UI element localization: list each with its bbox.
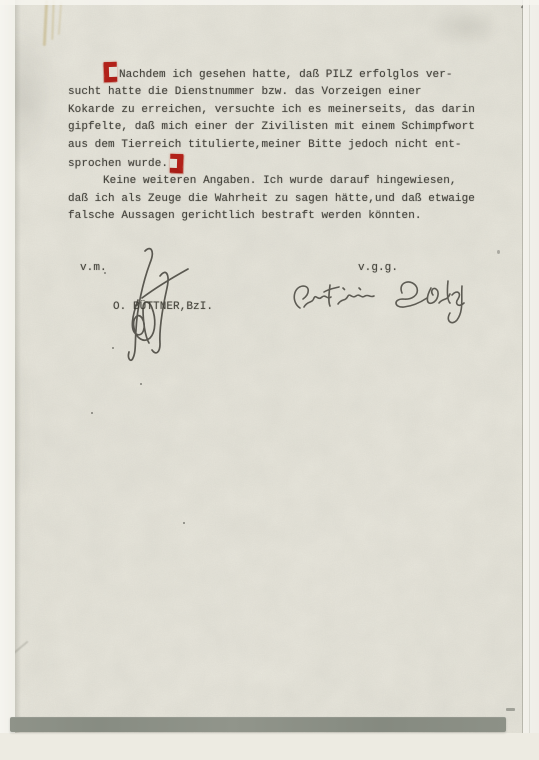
- scanned-document-page: Nachdem ich gesehen hatte, daß PILZ erfo…: [0, 0, 539, 760]
- page-crease: [529, 0, 530, 760]
- typed-line-last: sprochen wurde.: [68, 154, 488, 173]
- page-edge-top: [0, 0, 539, 5]
- signature-left-scribble: [112, 242, 207, 367]
- paper-speck: [497, 250, 500, 254]
- paper-speck: [140, 383, 142, 385]
- paragraph: Nachdem ich gesehen hatte, daß PILZ erfo…: [68, 62, 488, 173]
- vgg-label: v.g.g.: [358, 262, 398, 274]
- yellow-streak: [58, 2, 62, 35]
- typed-text-block: Nachdem ich gesehen hatte, daß PILZ erfo…: [68, 62, 488, 226]
- typed-line-first: Nachdem ich gesehen hatte, daß PILZ erfo…: [68, 62, 488, 84]
- vm-label: v.m.: [80, 262, 107, 274]
- backing-below-bar: [0, 733, 539, 760]
- typed-line: Kokarde zu erreichen, versuchte ich es m…: [68, 102, 488, 119]
- paragraph: Keine weiteren Angaben. Ich wurde darauf…: [68, 173, 488, 225]
- typed-lines: sucht hatte die Dienstnummer bzw. das Vo…: [68, 84, 488, 154]
- typed-line: falsche Aussagen gerichtlich bestraft we…: [68, 208, 488, 225]
- typed-line: daß ich als Zeuge die Wahrheit zu sagen …: [68, 191, 488, 208]
- paper-speck: [183, 522, 185, 524]
- typed-text: Keine weiteren Angaben. Ich wurde darauf…: [103, 175, 457, 187]
- page-edge-left: [0, 0, 15, 760]
- stain-top-right: [430, 8, 504, 46]
- paper-speck: [506, 708, 515, 711]
- page-edge-shadow: [15, 0, 21, 760]
- red-open-bracket-icon: [104, 62, 118, 82]
- paper-speck: [91, 412, 93, 414]
- typed-text: sprochen wurde.: [68, 158, 168, 170]
- page-edge-line: [522, 0, 523, 760]
- yellow-streak: [51, 0, 54, 40]
- page-edge-right: [523, 0, 539, 760]
- typed-line-first: Keine weiteren Angaben. Ich wurde darauf…: [68, 173, 488, 190]
- typed-line: aus dem Tierreich titulierte,meiner Bitt…: [68, 137, 488, 154]
- signature-right-goldberg: [286, 278, 486, 338]
- typed-text: Nachdem ich gesehen hatte, daß PILZ erfo…: [119, 69, 453, 81]
- typed-line: sucht hatte die Dienstnummer bzw. das Vo…: [68, 84, 488, 101]
- scan-shadow-bar: [10, 717, 506, 732]
- typed-line: gipfelte, daß mich einer der Zivilisten …: [68, 119, 488, 136]
- typed-lines: daß ich als Zeuge die Wahrheit zu sagen …: [68, 191, 488, 226]
- red-close-bracket-icon: [170, 154, 184, 173]
- yellow-streak: [43, 0, 48, 46]
